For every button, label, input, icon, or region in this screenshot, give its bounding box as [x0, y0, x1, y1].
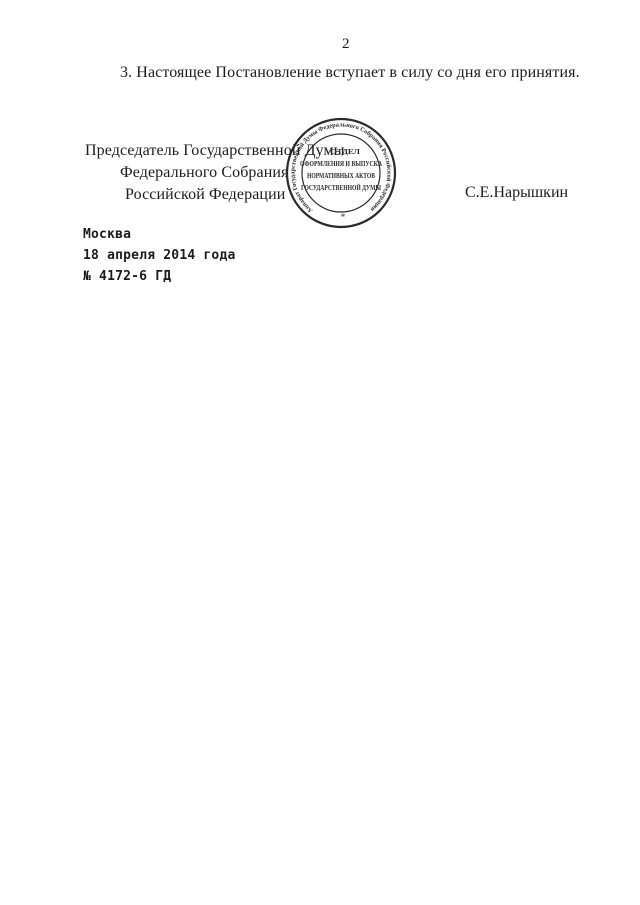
signer-title-line-2: Федерального Собрания — [120, 164, 289, 182]
document-page: 2 3. Настоящее Постановление вступает в … — [0, 0, 640, 905]
stamp-center-line-3: НОРМАТИВНЫХ АКТОВ — [307, 173, 375, 180]
footer-city: Москва — [83, 224, 236, 245]
stamp-star-icon: * — [341, 212, 346, 222]
stamp-center-line-4: ГОСУДАРСТВЕННОЙ ДУМЫ — [301, 184, 381, 192]
stamp-center-line-2: ОФОРМЛЕНИЯ И ВЫПУСКА — [300, 161, 382, 168]
footer-date: 18 апреля 2014 года — [83, 245, 236, 266]
signer-title-line-3: Российской Федерации — [125, 186, 285, 204]
signer-name: С.Е.Нарышкин — [465, 184, 568, 202]
body-paragraph: 3. Настоящее Постановление вступает в си… — [120, 64, 580, 82]
stamp-graphic: Аппарат Государственной Думы Федеральног… — [285, 117, 397, 229]
page-number: 2 — [342, 36, 350, 53]
stamp-center-line-1: ОТДЕЛ — [330, 149, 360, 156]
footer-doc-number: № 4172-6 ГД — [83, 266, 236, 287]
official-round-stamp: Аппарат Государственной Думы Федеральног… — [285, 117, 397, 229]
footer-block: Москва 18 апреля 2014 года № 4172-6 ГД — [83, 224, 236, 287]
